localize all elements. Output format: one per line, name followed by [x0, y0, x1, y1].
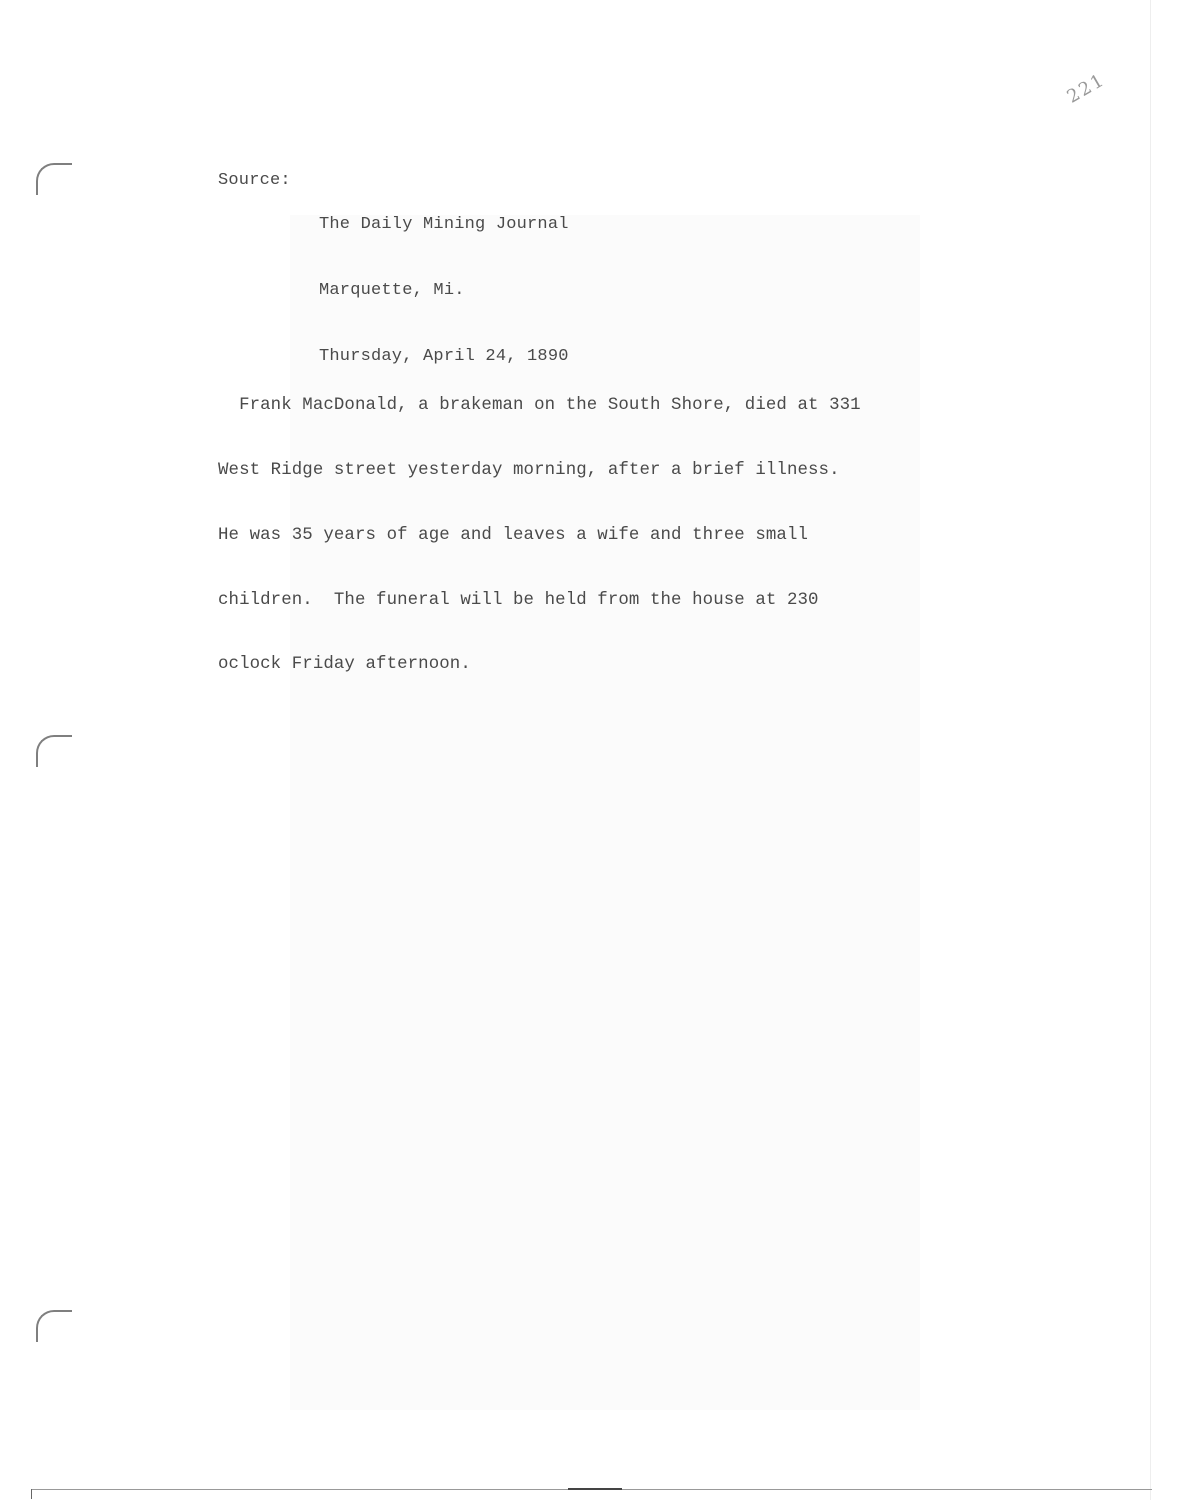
- bottom-tick: [31, 1489, 32, 1499]
- binder-hole-top: [36, 163, 72, 195]
- article-line: oclock Friday afternoon.: [218, 654, 861, 676]
- binder-hole-middle: [36, 735, 72, 767]
- article-text: Frank MacDonald, a brakeman on the South…: [218, 352, 861, 698]
- page-edge: [1150, 0, 1151, 1500]
- handwritten-page-number: 221: [1063, 69, 1108, 107]
- source-publication: The Daily Mining Journal: [319, 214, 569, 236]
- source-location: Marquette, Mi.: [319, 280, 569, 302]
- source-label: Source:: [218, 170, 291, 192]
- article-line: West Ridge street yesterday morning, aft…: [218, 460, 861, 482]
- bottom-rule-mark: [568, 1488, 622, 1490]
- article-line: Frank MacDonald, a brakeman on the South…: [218, 395, 861, 417]
- article-line: He was 35 years of age and leaves a wife…: [218, 525, 861, 547]
- binder-hole-bottom: [36, 1310, 72, 1342]
- article-line: children. The funeral will be held from …: [218, 590, 861, 612]
